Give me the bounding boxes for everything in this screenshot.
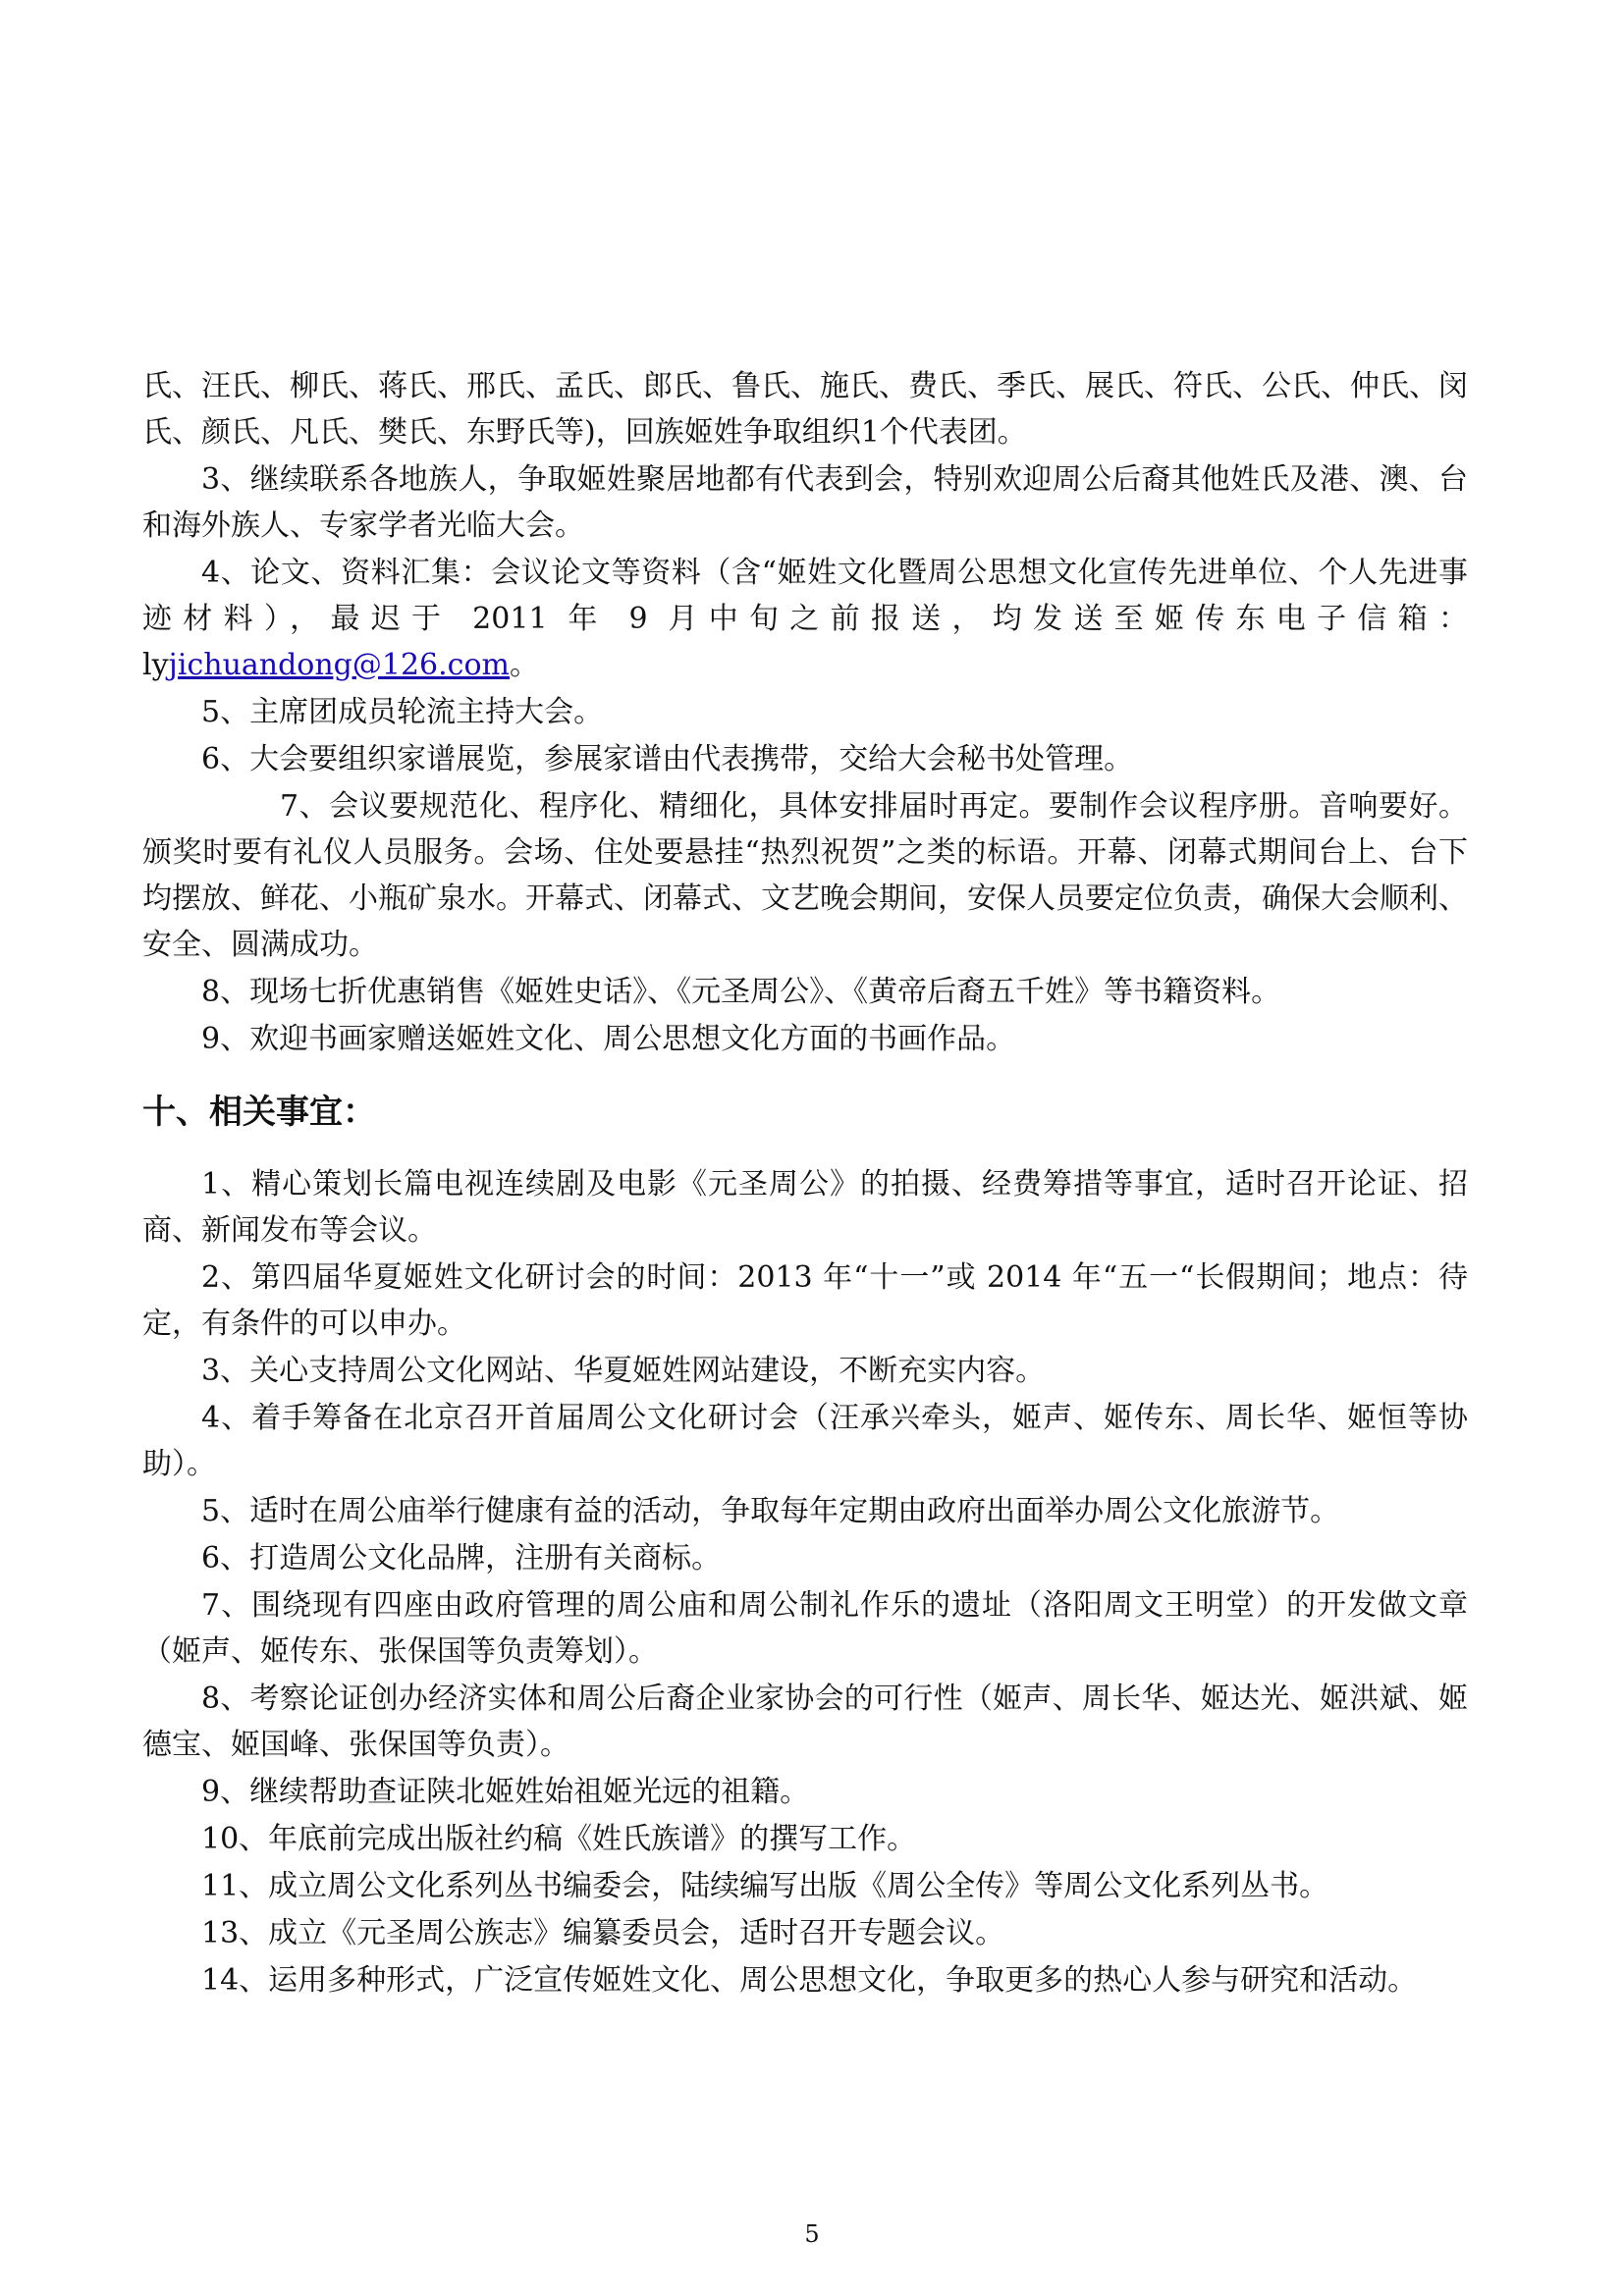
section-heading: 十、相关事宜： — [142, 1090, 1468, 1136]
s10-item-1: 1、精心策划长篇电视连续剧及电影《元圣周公》的拍摄、经费筹措等事宜，适时召开论证… — [142, 1161, 1468, 1254]
page-number: 5 — [0, 2220, 1624, 2248]
item-4-papers: 4、论文、资料汇集：会议论文等资料（含“姬姓文化暨周公思想文化宣传先进单位、个人… — [142, 550, 1468, 688]
s10-item-5: 5、适时在周公庙举行健康有益的活动，争取每年定期由政府出面举办周公文化旅游节。 — [142, 1488, 1468, 1534]
s10-item-14: 14、运用多种形式，广泛宣传姬姓文化、周公思想文化，争取更多的热心人参与研究和活… — [142, 1957, 1468, 2003]
document-body: 氏、汪氏、柳氏、蒋氏、邢氏、孟氏、郎氏、鲁氏、施氏、费氏、季氏、展氏、符氏、公氏… — [142, 363, 1468, 2004]
item-5-presidium: 5、主席团成员轮流主持大会。 — [142, 689, 1468, 735]
s10-item-11: 11、成立周公文化系列丛书编委会，陆续编写出版《周公全传》等周公文化系列丛书。 — [142, 1863, 1468, 1909]
s10-item-4: 4、着手筹备在北京召开首届周公文化研讨会（汪承兴牵头，姬声、姬传东、周长华、姬恒… — [142, 1395, 1468, 1487]
continuation-paragraph: 氏、汪氏、柳氏、蒋氏、邢氏、孟氏、郎氏、鲁氏、施氏、费氏、季氏、展氏、符氏、公氏… — [142, 363, 1468, 455]
s10-item-10: 10、年底前完成出版社约稿《姓氏族谱》的撰写工作。 — [142, 1816, 1468, 1862]
s10-item-2: 2、第四届华夏姬姓文化研讨会的时间：2013 年“十一”或 2014 年“五一“… — [142, 1255, 1468, 1347]
s10-item-9: 9、继续帮助查证陕北姬姓始祖姬光远的祖籍。 — [142, 1769, 1468, 1815]
item-8-books: 8、现场七折优惠销售《姬姓史话》、《元圣周公》、《黄帝后裔五千姓》等书籍资料。 — [142, 969, 1468, 1015]
item-6-exhibition: 6、大会要组织家谱展览，参展家谱由代表携带，交给大会秘书处管理。 — [142, 736, 1468, 782]
item-9-calligraphy: 9、欢迎书画家赠送姬姓文化、周公思想文化方面的书画作品。 — [142, 1016, 1468, 1062]
email-link[interactable]: jichuandong@126.com — [169, 648, 510, 682]
s10-item-6: 6、打造周公文化品牌，注册有关商标。 — [142, 1535, 1468, 1581]
s10-item-13: 13、成立《元圣周公族志》编纂委员会，适时召开专题会议。 — [142, 1910, 1468, 1956]
s10-item-3: 3、关心支持周公文化网站、华夏姬姓网站建设，不断充实内容。 — [142, 1348, 1468, 1394]
item-7-standards: 7、会议要规范化、程序化、精细化，具体安排届时再定。要制作会议程序册。音响要好。… — [142, 783, 1468, 968]
s10-item-8: 8、考察论证创办经济实体和周公后裔企业家协会的可行性（姬声、周长华、姬达光、姬洪… — [142, 1676, 1468, 1768]
item-4-end: 。 — [510, 648, 539, 682]
item-3-contact: 3、继续联系各地族人，争取姬姓聚居地都有代表到会，特别欢迎周公后裔其他姓氏及港、… — [142, 456, 1468, 549]
s10-item-7: 7、围绕现有四座由政府管理的周公庙和周公制礼作乐的遗址（洛阳周文王明堂）的开发做… — [142, 1582, 1468, 1675]
